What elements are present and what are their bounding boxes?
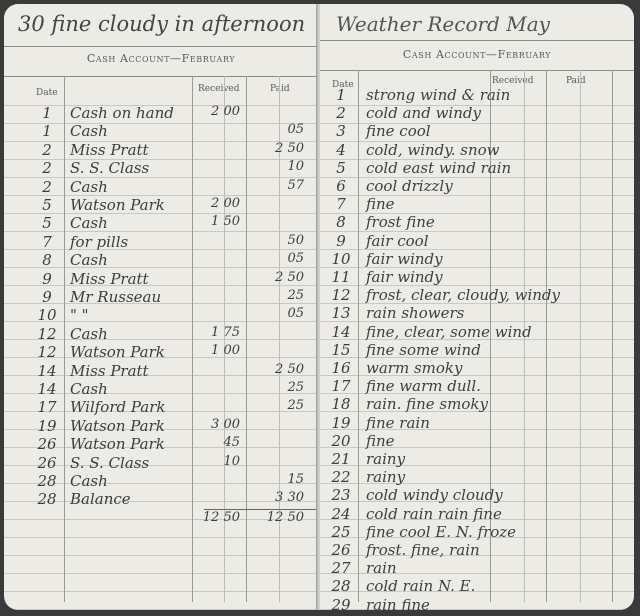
column-header-rule xyxy=(4,76,318,77)
weather-note: cold rain rain fine xyxy=(366,505,502,523)
entry-received: 1 50 xyxy=(184,214,240,229)
entry-description: Cash xyxy=(70,325,108,343)
column-label-received: Received xyxy=(198,84,240,94)
right-page: Weather Record May Cash Account—February… xyxy=(320,4,634,610)
weather-note: fair cool xyxy=(366,232,429,250)
weather-date: 9 xyxy=(328,232,354,250)
weather-note: fair windy xyxy=(366,250,443,268)
entry-date: 1 xyxy=(34,104,60,122)
divider xyxy=(612,70,613,602)
weather-date: 11 xyxy=(328,268,354,286)
entry-date: 28 xyxy=(34,490,60,508)
entry-received: 1 00 xyxy=(184,343,240,358)
entry-description: Mr Russeau xyxy=(70,288,161,306)
notebook-spread: 30 fine cloudy in afternoon Cash Account… xyxy=(0,0,640,616)
entry-description: Cash xyxy=(70,472,108,490)
entry-description: S. S. Class xyxy=(70,454,149,472)
total-paid: 12 50 xyxy=(258,510,304,525)
weather-note: strong wind & rain xyxy=(366,86,510,104)
weather-date: 29 xyxy=(328,596,354,610)
entry-description: Cash xyxy=(70,122,108,140)
divider xyxy=(546,70,547,602)
weather-date: 21 xyxy=(328,450,354,468)
weather-date: 8 xyxy=(328,213,354,231)
handwritten-header-note: 30 fine cloudy in afternoon xyxy=(18,12,305,36)
weather-date: 16 xyxy=(328,359,354,377)
entry-description: Balance xyxy=(70,490,131,508)
weather-date: 24 xyxy=(328,505,354,523)
weather-note: rain showers xyxy=(366,304,464,322)
entry-date: 12 xyxy=(34,325,60,343)
weather-date: 28 xyxy=(328,577,354,595)
entry-date: 26 xyxy=(34,454,60,472)
entry-paid: 2 50 xyxy=(244,270,304,285)
weather-date: 2 xyxy=(328,104,354,122)
entry-date: 5 xyxy=(34,196,60,214)
entry-date: 14 xyxy=(34,362,60,380)
weather-date: 23 xyxy=(328,486,354,504)
entry-received: 2 00 xyxy=(184,104,240,119)
total-received: 12 50 xyxy=(200,510,240,525)
column-label-date: Date xyxy=(36,88,58,98)
weather-note: frost, clear, cloudy, windy xyxy=(366,286,560,304)
printed-page-title: Cash Account—February xyxy=(320,48,634,61)
weather-date: 22 xyxy=(328,468,354,486)
entry-date: 10 xyxy=(34,306,60,324)
entry-description: Watson Park xyxy=(70,196,165,214)
entry-received: 45 xyxy=(184,435,240,450)
weather-note: fine some wind xyxy=(366,341,481,359)
column-label-paid: Paid xyxy=(566,76,586,86)
entry-description: Cash on hand xyxy=(70,104,174,122)
divider xyxy=(64,76,65,602)
weather-date: 25 xyxy=(328,523,354,541)
entry-date: 14 xyxy=(34,380,60,398)
entry-date: 12 xyxy=(34,343,60,361)
header-rule xyxy=(4,46,318,47)
weather-note: fair windy xyxy=(366,268,443,286)
column-label-received: Received xyxy=(492,76,534,86)
entry-description: Cash xyxy=(70,178,108,196)
entry-date: 2 xyxy=(34,178,60,196)
entry-date: 28 xyxy=(34,472,60,490)
entry-description: Miss Pratt xyxy=(70,270,149,288)
column-header-rule xyxy=(320,70,634,71)
weather-note: rain. fine smoky xyxy=(366,395,488,413)
weather-date: 17 xyxy=(328,377,354,395)
weather-note: fine cool E. N. froze xyxy=(366,523,516,541)
weather-date: 3 xyxy=(328,122,354,140)
entry-paid: 2 50 xyxy=(244,362,304,377)
weather-note: fine cool xyxy=(366,122,431,140)
weather-note: cold and windy xyxy=(366,104,481,122)
weather-date: 15 xyxy=(328,341,354,359)
weather-note: fine rain xyxy=(366,414,430,432)
entry-description: Cash xyxy=(70,251,108,269)
weather-date: 10 xyxy=(328,250,354,268)
entry-date: 9 xyxy=(34,270,60,288)
weather-note: rainy xyxy=(366,468,405,486)
weather-note: rainy xyxy=(366,450,405,468)
weather-date: 5 xyxy=(328,159,354,177)
entry-description: Cash xyxy=(70,214,108,232)
weather-date: 1 xyxy=(328,86,354,104)
weather-note: fine xyxy=(366,432,395,450)
entry-paid: 15 xyxy=(244,472,304,487)
entry-description: Watson Park xyxy=(70,435,165,453)
weather-date: 7 xyxy=(328,195,354,213)
weather-note: frost fine xyxy=(366,213,435,231)
weather-date: 26 xyxy=(328,541,354,559)
entry-description: Miss Pratt xyxy=(70,362,149,380)
weather-note: cool drizzly xyxy=(366,177,453,195)
weather-date: 18 xyxy=(328,395,354,413)
left-page: 30 fine cloudy in afternoon Cash Account… xyxy=(4,4,318,610)
entry-date: 7 xyxy=(34,233,60,251)
entry-date: 26 xyxy=(34,435,60,453)
weather-date: 13 xyxy=(328,304,354,322)
weather-date: 19 xyxy=(328,414,354,432)
entry-date: 19 xyxy=(34,417,60,435)
entry-description: for pills xyxy=(70,233,128,251)
entry-date: 9 xyxy=(34,288,60,306)
weather-note: rain xyxy=(366,559,397,577)
entry-date: 1 xyxy=(34,122,60,140)
header-rule xyxy=(320,40,634,41)
weather-note: fine xyxy=(366,195,395,213)
weather-note: fine, clear, some wind xyxy=(366,323,532,341)
entry-paid: 57 xyxy=(244,178,304,193)
divider xyxy=(580,70,581,602)
handwritten-header-note: Weather Record May xyxy=(336,12,550,36)
weather-date: 6 xyxy=(328,177,354,195)
entry-date: 17 xyxy=(34,398,60,416)
entry-received: 1 75 xyxy=(184,325,240,340)
weather-note: rain fine xyxy=(366,596,430,610)
entry-description: Cash xyxy=(70,380,108,398)
weather-note: cold, windy. snow xyxy=(366,141,500,159)
weather-note: cold rain N. E. xyxy=(366,577,475,595)
weather-date: 4 xyxy=(328,141,354,159)
entry-paid: 25 xyxy=(244,380,304,395)
entry-received: 2 00 xyxy=(184,196,240,211)
entry-date: 2 xyxy=(34,159,60,177)
weather-note: cold east wind rain xyxy=(366,159,511,177)
entry-paid: 05 xyxy=(244,122,304,137)
weather-date: 27 xyxy=(328,559,354,577)
entry-received: 3 00 xyxy=(184,417,240,432)
entry-description: S. S. Class xyxy=(70,159,149,177)
printed-page-title: Cash Account—February xyxy=(4,52,318,65)
divider xyxy=(358,70,359,602)
entry-date: 8 xyxy=(34,251,60,269)
entry-description: Watson Park xyxy=(70,343,165,361)
entry-description: Wilford Park xyxy=(70,398,166,416)
entry-paid: 2 50 xyxy=(244,141,304,156)
weather-note: frost. fine, rain xyxy=(366,541,480,559)
weather-date: 20 xyxy=(328,432,354,450)
weather-note: warm smoky xyxy=(366,359,462,377)
weather-note: cold windy cloudy xyxy=(366,486,503,504)
entry-paid: 50 xyxy=(244,233,304,248)
entry-paid: 05 xyxy=(244,251,304,266)
entry-paid: 25 xyxy=(244,288,304,303)
entry-date: 5 xyxy=(34,214,60,232)
entry-description: Miss Pratt xyxy=(70,141,149,159)
weather-date: 12 xyxy=(328,286,354,304)
entry-description: " " xyxy=(70,306,89,324)
weather-date: 14 xyxy=(328,323,354,341)
entry-paid: 05 xyxy=(244,306,304,321)
entry-description: Watson Park xyxy=(70,417,165,435)
entry-date: 2 xyxy=(34,141,60,159)
entry-paid: 25 xyxy=(244,398,304,413)
entry-received: 10 xyxy=(184,454,240,469)
weather-note: fine warm dull. xyxy=(366,377,481,395)
entry-paid: 10 xyxy=(244,159,304,174)
entry-paid: 3 30 xyxy=(244,490,304,505)
